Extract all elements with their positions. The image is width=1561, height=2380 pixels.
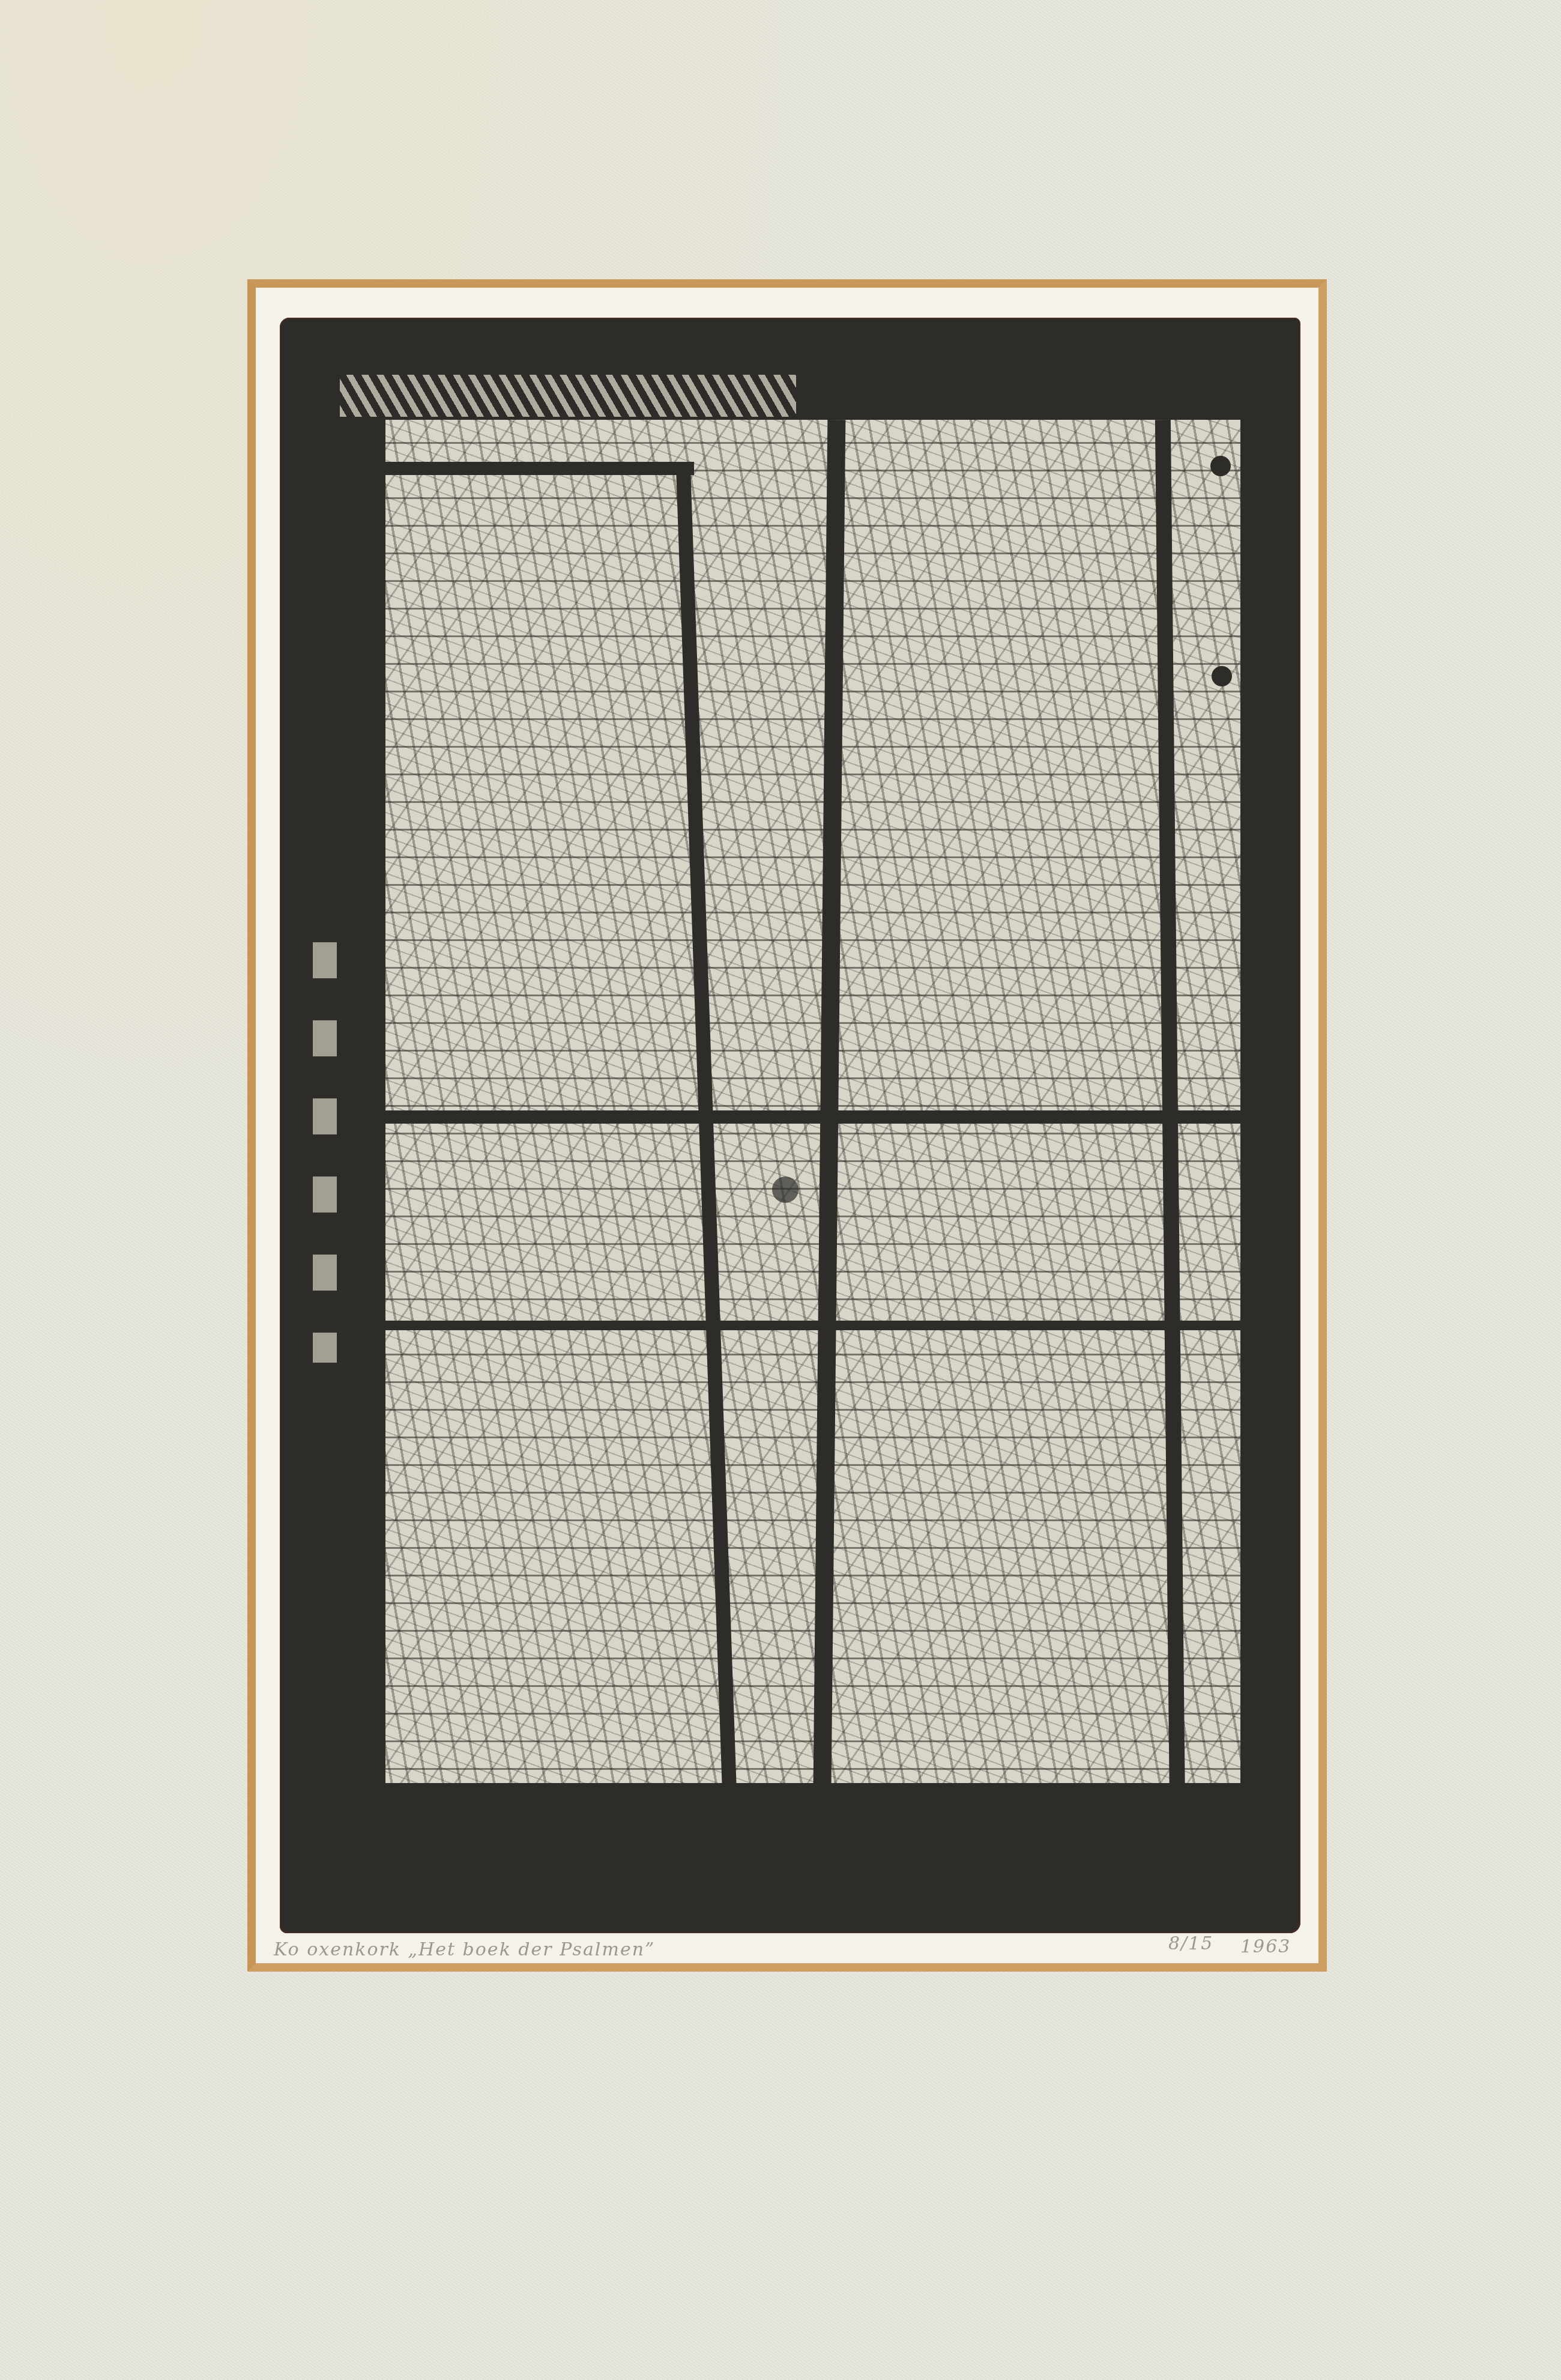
- plate-dot-right: [1212, 666, 1232, 686]
- etching-plate: [280, 318, 1300, 1933]
- pencil-title-inscription: Ko oxenkork „Het boek der Psalmen”: [274, 1939, 655, 1960]
- sill: [364, 1783, 1240, 1831]
- script-field: [364, 420, 1240, 1825]
- plate-dot-center: [772, 1176, 799, 1203]
- transom-lower: [364, 1321, 1240, 1330]
- plate-header-pattern: [340, 375, 796, 417]
- plate-dot-top: [1210, 456, 1231, 476]
- plate-left-marks: [313, 942, 337, 1363]
- transom-middle: [364, 1110, 1240, 1124]
- top-rail-left: [358, 462, 694, 475]
- pencil-year: 1963: [1240, 1936, 1291, 1957]
- frame-left: [364, 420, 385, 1825]
- pencil-edition-number: 8/15: [1168, 1933, 1213, 1954]
- mat-bevel-window: Ko oxenkork „Het boek der Psalmen” 8/15 …: [247, 279, 1327, 1972]
